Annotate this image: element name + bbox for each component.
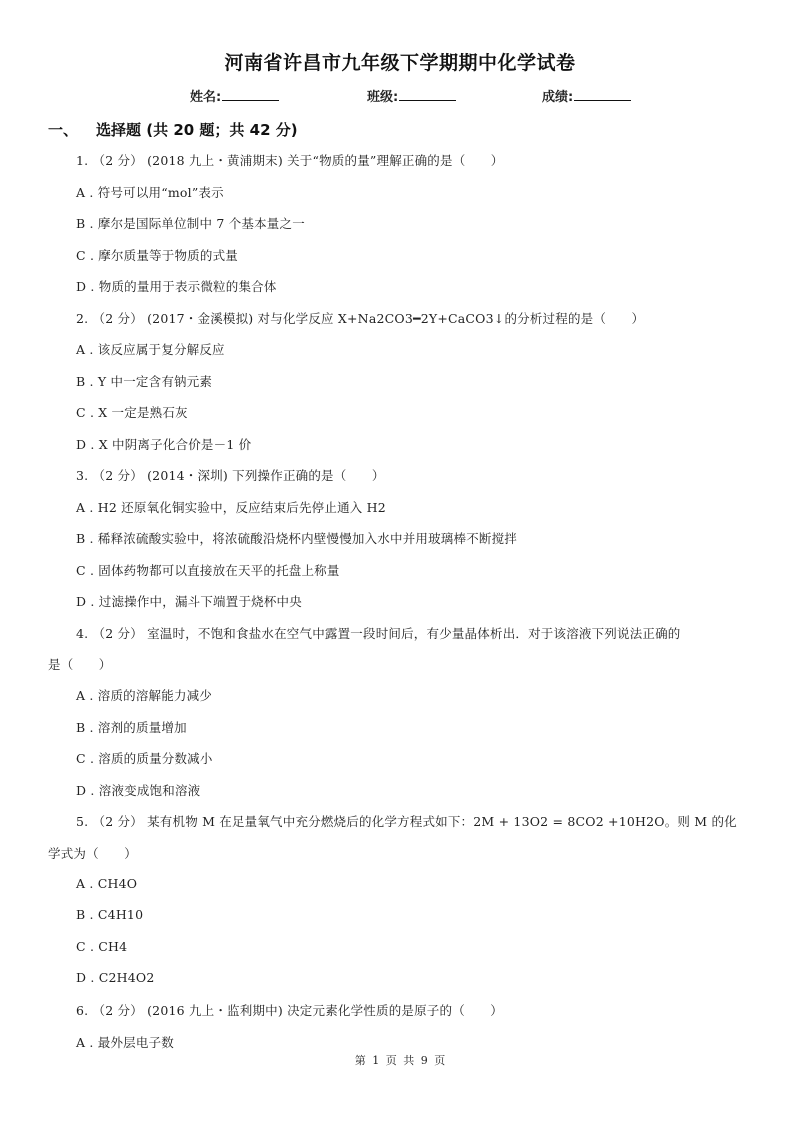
question-4-option-d[interactable]: D . 溶液变成饱和溶液 (76, 781, 200, 799)
question-2-option-b[interactable]: B . Y 中一定含有钠元素 (76, 372, 212, 390)
question-2-option-a[interactable]: A . 该反应属于复分解反应 (76, 340, 225, 358)
student-info-row: 姓名: 班级: 成绩: (0, 86, 800, 106)
name-label: 姓名: (190, 90, 221, 105)
question-6-stem: 6. （2 分） (2016 九上・监利期中) 决定元素化学性质的是原子的（ ） (76, 1001, 503, 1019)
class-blank[interactable] (399, 87, 456, 101)
class-label: 班级: (367, 90, 398, 105)
section-heading: 一、选择题 (共 20 题；共 42 分) (48, 119, 298, 140)
question-5-option-d[interactable]: D . C2H4O2 (76, 970, 155, 985)
question-5-stem-line-1: 5. （2 分） 某有机物 M 在足量氧气中充分燃烧后的化学方程式如下：2M +… (76, 812, 737, 830)
question-5-stem-line-2: 学式为（ ） (48, 844, 137, 862)
name-blank[interactable] (222, 87, 279, 101)
question-1-option-a[interactable]: A . 符号可以用“mol”表示 (76, 183, 224, 201)
exam-title: 河南省许昌市九年级下学期期中化学试卷 (0, 48, 800, 75)
question-4-stem-line-1: 4. （2 分） 室温时，不饱和食盐水在空气中露置一段时间后，有少量晶体析出．对… (76, 624, 681, 642)
question-4-option-a[interactable]: A . 溶质的溶解能力减少 (76, 686, 212, 704)
question-6-option-a[interactable]: A . 最外层电子数 (76, 1033, 174, 1051)
question-2-option-c[interactable]: C . X 一定是熟石灰 (76, 403, 188, 421)
score-blank[interactable] (574, 87, 631, 101)
score-field[interactable]: 成绩: (542, 86, 631, 105)
question-4-stem-line-2: 是（ ） (48, 655, 112, 673)
question-5-option-b[interactable]: B . C4H10 (76, 907, 143, 922)
question-5-option-a[interactable]: A . CH4O (76, 876, 137, 891)
section-number: 一、 (48, 121, 78, 139)
question-4-option-c[interactable]: C . 溶质的质量分数减小 (76, 749, 213, 767)
question-2-option-d[interactable]: D . X 中阴离子化合价是－1 价 (76, 435, 251, 453)
question-3-stem: 3. （2 分） (2014・深圳) 下列操作正确的是（ ） (76, 466, 385, 484)
class-field[interactable]: 班级: (367, 86, 456, 105)
question-1-option-c[interactable]: C . 摩尔质量等于物质的式量 (76, 246, 238, 264)
question-2-stem: 2. （2 分） (2017・金溪模拟) 对与化学反应 X+Na2CO3━2Y+… (76, 309, 644, 327)
question-3-option-d[interactable]: D . 过滤操作中，漏斗下端置于烧杯中央 (76, 592, 302, 610)
question-1-stem: 1. （2 分） (2018 九上・黄浦期末) 关于“物质的量”理解正确的是（ … (76, 151, 504, 169)
page-footer: 第 1 页 共 9 页 (0, 1052, 800, 1068)
question-3-option-b[interactable]: B . 稀释浓硫酸实验中，将浓硫酸沿烧杯内壁慢慢加入水中并用玻璃棒不断搅拌 (76, 529, 517, 547)
question-3-option-a[interactable]: A . H2 还原氧化铜实验中，反应结束后先停止通入 H2 (76, 498, 386, 516)
question-4-option-b[interactable]: B . 溶剂的质量增加 (76, 718, 187, 736)
score-label: 成绩: (542, 90, 573, 105)
question-1-option-b[interactable]: B . 摩尔是国际单位制中 7 个基本量之一 (76, 214, 305, 232)
question-5-option-c[interactable]: C . CH4 (76, 939, 127, 954)
question-1-option-d[interactable]: D . 物质的量用于表示微粒的集合体 (76, 277, 277, 295)
section-title: 选择题 (共 20 题；共 42 分) (96, 121, 298, 139)
name-field[interactable]: 姓名: (190, 86, 279, 105)
question-3-option-c[interactable]: C . 固体药物都可以直接放在天平的托盘上称量 (76, 561, 340, 579)
